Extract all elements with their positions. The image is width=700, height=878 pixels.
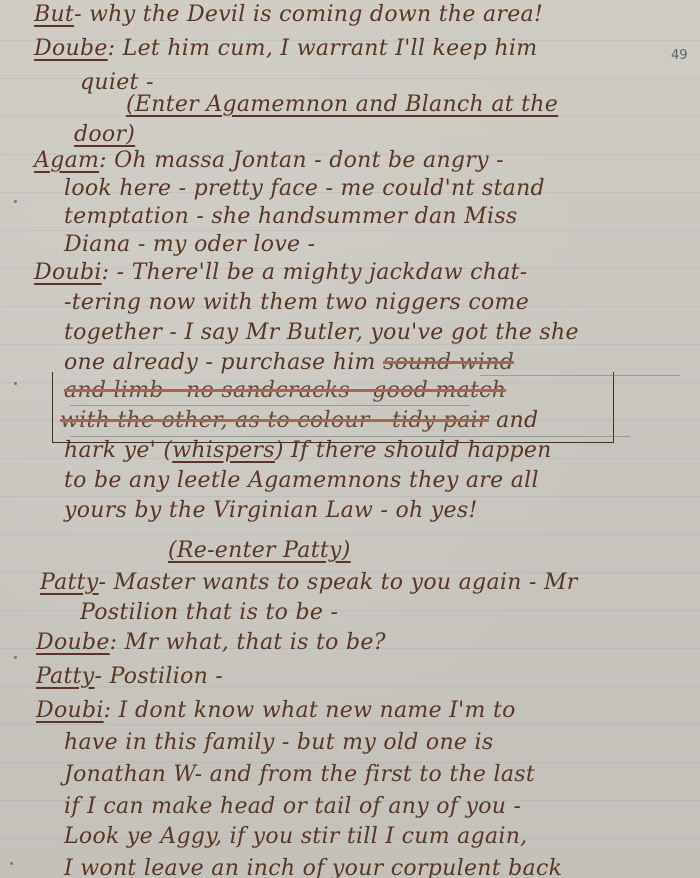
- dialogue-line: Patty- Master wants to speak to you agai…: [40, 572, 578, 594]
- dialogue-text: : Oh massa Jontan - dont be angry -: [99, 148, 504, 173]
- dialogue-text: : - There'll be a mighty jackdaw chat-: [102, 260, 528, 285]
- dialogue-line: look here - pretty face - me could'nt st…: [64, 178, 545, 200]
- struck-text: sound wind: [383, 350, 514, 375]
- speaker-name: But: [34, 2, 74, 27]
- struck-text: with the other, as to colour - tidy pair: [60, 408, 489, 433]
- dialogue-line: together - I say Mr Butler, you've got t…: [64, 322, 579, 344]
- dialogue-line: Patty- Postilion -: [36, 666, 223, 688]
- stage-direction-text: whispers: [172, 438, 275, 463]
- dialogue-text: look here - pretty face - me could'nt st…: [64, 176, 545, 201]
- dialogue-line: to be any leetle Agamemnons they are all: [64, 470, 539, 492]
- page-number: 49: [671, 48, 688, 63]
- dialogue-text: Diana - my oder love -: [64, 232, 315, 257]
- stage-direction-text: (Enter Agamemnon and Blanch at the: [126, 92, 558, 117]
- speaker-name: Doubi: [34, 260, 102, 285]
- dialogue-line: Doube: Mr what, that is to be?: [36, 632, 386, 654]
- manuscript-page: 49 But- why the Devil is coming down the…: [0, 0, 700, 878]
- dialogue-line: with the other, as to colour - tidy pair…: [60, 410, 538, 432]
- dialogue-text: ) If there should happen: [275, 438, 552, 463]
- speaker-name: Agam: [34, 148, 99, 173]
- stage-direction: (Re-enter Patty): [168, 540, 351, 562]
- speaker-name: Doube: [36, 630, 110, 655]
- dialogue-text: if I can make head or tail of any of you…: [64, 794, 521, 819]
- dialogue-text: one already - purchase him: [64, 350, 376, 375]
- speaker-name: Doubi: [36, 698, 104, 723]
- speaker-name: Patty: [36, 664, 95, 689]
- dialogue-text: and: [496, 408, 538, 433]
- dialogue-line: But- why the Devil is coming down the ar…: [34, 4, 543, 26]
- struck-text: and limb - no sandcracks - good match: [64, 378, 506, 403]
- dialogue-line: Jonathan W- and from the first to the la…: [64, 764, 535, 786]
- dialogue-text: have in this family - but my old one is: [64, 730, 493, 755]
- dialogue-line: temptation - she handsummer dan Miss: [64, 206, 518, 228]
- dialogue-line: Agam: Oh massa Jontan - dont be angry -: [34, 150, 504, 172]
- dialogue-text: hark ye' (: [64, 438, 172, 463]
- dialogue-line: Look ye Aggy, if you stir till I cum aga…: [64, 826, 527, 848]
- dialogue-line: hark ye' (whispers) If there should happ…: [64, 440, 552, 462]
- dialogue-line: Doube: Let him cum, I warrant I'll keep …: [34, 38, 537, 60]
- dialogue-line: I wont leave an inch of your corpulent b…: [64, 858, 562, 878]
- dialogue-line-deleted: and limb - no sandcracks - good match: [64, 380, 506, 402]
- dialogue-text: temptation - she handsummer dan Miss: [64, 204, 518, 229]
- dialogue-text: Jonathan W- and from the first to the la…: [64, 762, 535, 787]
- dialogue-text: yours by the Virginian Law - oh yes!: [64, 498, 478, 523]
- stage-direction-text: door): [74, 122, 135, 147]
- dialogue-text: Look ye Aggy, if you stir till I cum aga…: [64, 824, 527, 849]
- dialogue-line: yours by the Virginian Law - oh yes!: [64, 500, 478, 522]
- dialogue-text: I wont leave an inch of your corpulent b…: [64, 856, 562, 878]
- stage-direction-text: (Re-enter Patty): [168, 538, 351, 563]
- dialogue-line: Doubi: I dont know what new name I'm to: [36, 700, 516, 722]
- dialogue-line: -tering now with them two niggers come: [64, 292, 529, 314]
- dialogue-line: one already - purchase him sound wind: [64, 352, 514, 374]
- dialogue-text: - Master wants to speak to you again - M…: [99, 570, 578, 595]
- dialogue-text: -tering now with them two niggers come: [64, 290, 529, 315]
- dialogue-text: - why the Devil is coming down the area!: [74, 2, 543, 27]
- dialogue-text: Postilion that is to be -: [80, 600, 338, 625]
- dialogue-line: Diana - my oder love -: [64, 234, 315, 256]
- dialogue-text: - Postilion -: [95, 664, 224, 689]
- dialogue-line: if I can make head or tail of any of you…: [64, 796, 521, 818]
- dialogue-line: Doubi: - There'll be a mighty jackdaw ch…: [34, 262, 528, 284]
- speaker-name: Patty: [40, 570, 99, 595]
- dialogue-text: : Mr what, that is to be?: [110, 630, 386, 655]
- dialogue-text: : Let him cum, I warrant I'll keep him: [108, 36, 538, 61]
- dialogue-text: together - I say Mr Butler, you've got t…: [64, 320, 579, 345]
- dialogue-line: Postilion that is to be -: [80, 602, 338, 624]
- dialogue-text: : I dont know what new name I'm to: [104, 698, 516, 723]
- dialogue-line: quiet -: [80, 72, 154, 94]
- speaker-name: Doube: [34, 36, 108, 61]
- stage-direction: door): [74, 124, 135, 146]
- stage-direction: (Enter Agamemnon and Blanch at the: [126, 94, 558, 116]
- dialogue-line: have in this family - but my old one is: [64, 732, 493, 754]
- dialogue-text: to be any leetle Agamemnons they are all: [64, 468, 539, 493]
